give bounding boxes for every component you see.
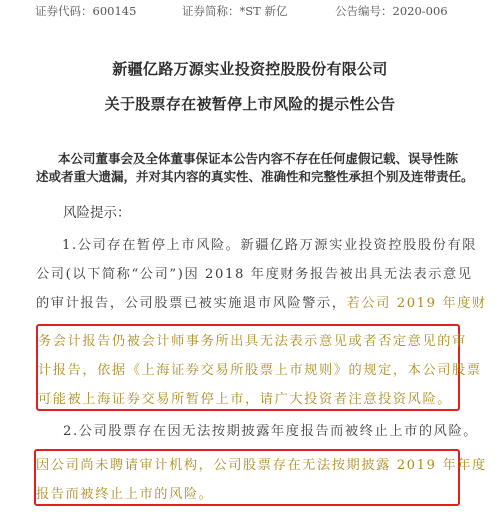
item1-line-3-plain: 的审计报告，公司股票已被实施退市风险警示， (36, 296, 347, 311)
item1-line-6: 可能被上海证券交易所暂停上市，请广大投资者注意投资风险。 (38, 388, 452, 407)
item2-line-3: 报告而被终止上市的风险。 (36, 483, 213, 502)
item1-line-5: 计报告，依据《上海证券交易所股票上市规则》的规定，本公司股票 (38, 359, 482, 378)
item1-line-2: 公司(以下简称“公司”)因 2018 年度财务报告被出具无法表示意见 (36, 263, 473, 282)
item2-line-2: 因公司尚未聘请审计机构，公司股票存在无法按期披露 2019 年年度 (36, 454, 487, 473)
announcement-title: 关于股票存在被暂停上市风险的提示性公告 (0, 93, 500, 114)
item1-line-3-highlight: 若公司 2019 年度财 (347, 296, 487, 311)
stock-name: 证券简称：*ST 新亿 (182, 3, 287, 19)
item1-line-4: 务会计报告仍被会计师事务所出具无法表示意见或者否定意见的审 (38, 330, 467, 349)
risk-heading: 风险提示： (63, 201, 131, 221)
statement-line-1: 本公司董事会及全体董事保证本公告内容不存在任何虚假记载、误导性陈 (58, 149, 458, 167)
item1-line-1: 1.公司存在暂停上市风险。新疆亿路万源实业投资控股股份有限 (62, 234, 477, 253)
item2-line-1: 2.公司股票存在因无法按期披露年度报告而被终止上市的风险。 (63, 420, 478, 439)
announcement-number: 公告编号：2020-006 (335, 3, 448, 19)
stock-code: 证券代码：600145 (35, 3, 136, 19)
company-title: 新疆亿路万源实业投资控股股份有限公司 (0, 58, 500, 79)
statement-line-2: 述或者重大遗漏，并对其内容的真实性、准确性和完整性承担个别及连带责任。 (36, 167, 474, 185)
item1-line-3: 的审计报告，公司股票已被实施退市风险警示，若公司 2019 年度财 (36, 292, 487, 311)
